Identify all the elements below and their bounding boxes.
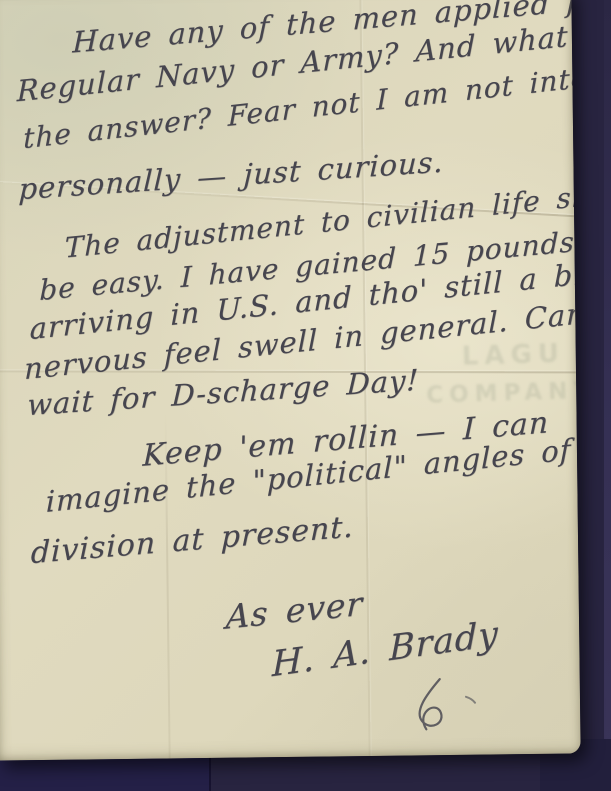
- photo-background: LAGU COMPANY Have any of the men applied…: [0, 0, 611, 791]
- background-edge-strip: [604, 0, 611, 791]
- letter-paper: LAGU COMPANY Have any of the men applied…: [0, 0, 581, 761]
- paper-edge-shading: [0, 0, 581, 761]
